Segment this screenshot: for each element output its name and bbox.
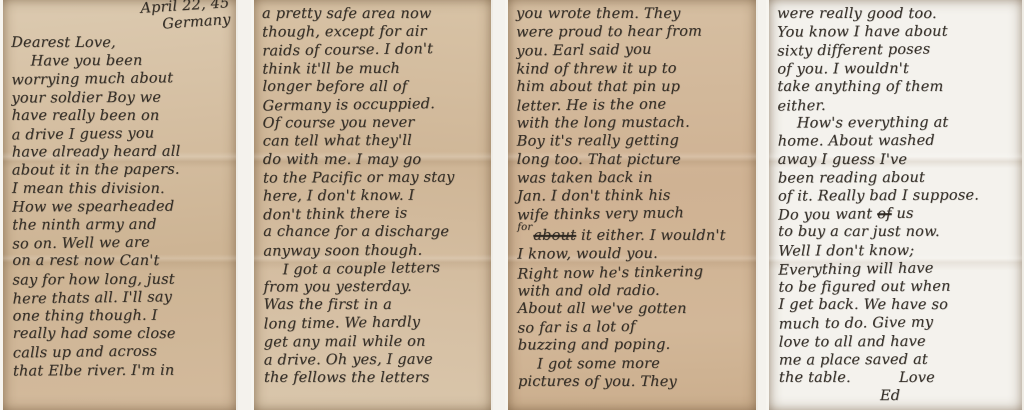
letter-line: I mean this division.: [12, 180, 232, 198]
letter-line: longer before all of: [262, 78, 486, 96]
letter-line: get any mail while on: [264, 332, 488, 351]
letter-line: How we spearheaded: [12, 197, 232, 216]
letter-line: wife thinks very much: [517, 204, 752, 225]
letter-line: were really good too.: [777, 5, 1017, 23]
page-1-text: Dearest Love, Have you beenworrying much…: [2, 0, 237, 380]
letter-line: love to all and have: [779, 332, 1019, 351]
letter-line: anyway soon though.: [263, 241, 487, 260]
letter-line: worrying much about: [11, 69, 231, 90]
letter-line: I know, would you.: [517, 245, 752, 264]
letter-line: long too. That picture: [517, 151, 752, 169]
letter-page-1: April 22, 45 Germany Dearest Love, Have …: [0, 0, 238, 410]
letter-line: take anything of them: [777, 78, 1017, 96]
letter-line: with the long mustach.: [517, 114, 752, 133]
letter-line: so on. Well we are: [12, 233, 232, 254]
letter-line: I got a couple letters: [263, 258, 487, 279]
letter-line: have already heard all: [12, 143, 232, 162]
letter-line: of you. I wouldn't: [777, 59, 1017, 78]
letter-line: the table. Love: [779, 369, 1019, 387]
letter-line: away I guess I've: [778, 151, 1018, 169]
letter-dateline: April 22, 45 Germany: [140, 0, 231, 35]
letter-line: Was the first in a: [264, 296, 488, 314]
letter-line: Boy it's really getting: [517, 132, 752, 151]
letter-line: much to do. Give my: [779, 313, 1019, 335]
letter-line: really had some close: [13, 325, 233, 343]
letter-line: think it'll be much: [262, 59, 486, 78]
letter-line: your soldier Boy we: [11, 88, 231, 107]
letter-line: been reading about: [778, 168, 1018, 187]
letter-line: About all we've gotten: [518, 300, 753, 318]
letter-line: Everything will have: [778, 258, 1018, 280]
letter-line: raids of course. I don't: [262, 40, 486, 61]
letter-line: Right now he's tinkering: [517, 262, 752, 283]
letter-page-2: a pretty safe area nowthough, except for…: [251, 0, 493, 410]
letter-line: him about that pin up: [516, 78, 751, 96]
letter-line: to buy a car just now.: [778, 223, 1018, 241]
letter-line: kind of threw it up to: [516, 59, 751, 78]
letter-line: How's everything at: [778, 114, 1018, 133]
letter-line: was taken back in: [517, 168, 752, 187]
letter-line: Of course you never: [263, 114, 487, 133]
letter-line: home. About washed: [778, 132, 1018, 151]
letter-line: Well I don't know;: [778, 241, 1018, 260]
letter-line: Do you want of us: [778, 204, 1018, 226]
letter-line: say for how long, just: [12, 270, 232, 289]
page-4-text: were really good too.You know I have abo…: [768, 0, 1023, 406]
letter-line: you. Earl said you: [516, 40, 751, 61]
letter-line: don't think there is: [263, 204, 487, 225]
letter-line: buzzing and poping.: [518, 336, 753, 355]
letter-line: on a rest now Can't: [12, 252, 232, 270]
letter-line: sixty different poses: [777, 40, 1017, 62]
letter-line: I got some more: [518, 354, 753, 373]
letter-line: long time. We hardly: [264, 313, 488, 334]
letter-line: the ninth army and: [12, 215, 232, 234]
letter-line: one thing though. I: [13, 306, 233, 325]
letter-line: either.: [777, 94, 1017, 116]
letter-line: calls up and across: [13, 342, 233, 363]
letter-line: with and old radio.: [517, 281, 752, 300]
letter-line: to be figured out when: [778, 277, 1018, 296]
letter-line: a chance for a discharge: [263, 223, 487, 241]
letter-line: I get back. We have so: [779, 296, 1019, 314]
letter-line: you wrote them. They: [516, 5, 751, 23]
letter-line: about it in the papers.: [12, 161, 232, 180]
letter-page-3: you wrote them. Theywere proud to hear f…: [505, 0, 758, 410]
letter-line: have really been on: [12, 107, 232, 125]
letter-line: do with me. I may go: [263, 151, 487, 169]
letter-line: a pretty safe area now: [262, 5, 486, 23]
letter-line: forabout it either. I wouldn't: [517, 223, 752, 245]
letter-line: so far is a lot of: [518, 317, 753, 338]
letter-line: Germany is occuppied.: [262, 94, 486, 115]
letter-page-4: were really good too.You know I have abo…: [766, 0, 1024, 410]
letter-line: here thats all. I'll say: [12, 287, 232, 308]
letter-line: the fellows the letters: [264, 369, 488, 387]
letter-line: that Elbe river. I'm in: [13, 361, 233, 380]
letter-line: Ed: [779, 387, 1019, 406]
letter-line: a drive. Oh yes, I gave: [264, 350, 488, 369]
letter-scan: April 22, 45 Germany Dearest Love, Have …: [0, 0, 1024, 410]
letter-line: to the Pacific or may stay: [263, 168, 487, 187]
letter-line: can tell what they'll: [263, 132, 487, 151]
letter-line: from you yesterday.: [263, 277, 487, 296]
letter-line: letter. He is the one: [516, 94, 751, 115]
letter-line: Dearest Love,: [11, 34, 231, 52]
page-3-text: you wrote them. Theywere proud to hear f…: [507, 0, 757, 392]
page-2-text: a pretty safe area nowthough, except for…: [253, 0, 492, 388]
letter-line: me a place saved at: [779, 350, 1019, 369]
letter-line: pictures of you. They: [518, 373, 753, 391]
letter-line: a drive I guess you: [12, 123, 232, 144]
